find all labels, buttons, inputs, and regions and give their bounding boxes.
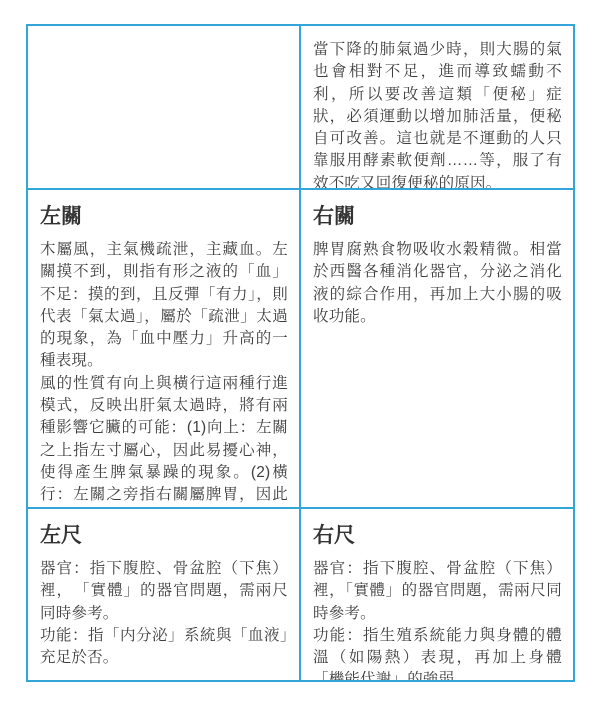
cell-top-right-lung-qi-note: 當下降的肺氣過少時，則大腸的氣也會相對不足，進而導致蠕動不利，所以要改善這類「便…: [299, 26, 573, 188]
cell-left-guan: 左關 木屬風，主氣機疏泄，主藏血。左關摸不到，則指有形之液的「血」不足：摸的到，…: [28, 188, 299, 507]
section-title-left-guan: 左關: [40, 203, 288, 230]
paragraph: 脾胃腐熟食物吸收水穀精微。相當於西醫各種消化器官，分泌之消化液的綜合作用，再加上…: [313, 239, 562, 328]
section-title-right-guan: 右關: [313, 203, 562, 230]
cell-right-chi: 右尺 器官：指下腹腔、骨盆腔（下焦）裡，「實體」的器官問題，需兩尺同時參考。 功…: [299, 507, 573, 680]
paragraph: 功能：指生殖系統能力與身體的體溫（如陽熱）表現，再加上身體「機能代謝」的強弱。: [313, 625, 562, 680]
paragraph: 器官：指下腹腔、骨盆腔（下焦）裡，「實體」的器官問題，需兩尺同時參考。: [313, 558, 562, 625]
paragraph: 風的性質有向上與橫行這兩種行進模式，反映出肝氣太過時，將有兩種影響它臟的可能：(…: [40, 373, 288, 507]
pulse-diagnosis-table: 當下降的肺氣過少時，則大腸的氣也會相對不足，進而導致蠕動不利，所以要改善這類「便…: [26, 24, 575, 682]
paragraph: 功能：指「内分泌」系統與「血液」充足於否。: [40, 625, 288, 670]
paragraph: 木屬風，主氣機疏泄，主藏血。左關摸不到，則指有形之液的「血」不足：摸的到，且反彈…: [40, 239, 288, 373]
cell-left-chi: 左尺 器官：指下腹腔、骨盆腔（下焦）裡， 「實體」的器官問題，需兩尺同時參考。 …: [28, 507, 299, 680]
paragraph: 器官：指下腹腔、骨盆腔（下焦）裡， 「實體」的器官問題，需兩尺同時參考。: [40, 558, 288, 625]
section-title-left-chi: 左尺: [40, 522, 288, 549]
cell-top-left-empty: [28, 26, 299, 188]
section-title-right-chi: 右尺: [313, 522, 562, 549]
paragraph: 當下降的肺氣過少時，則大腸的氣也會相對不足，進而導致蠕動不利，所以要改善這類「便…: [313, 39, 562, 188]
cell-right-guan: 右關 脾胃腐熟食物吸收水穀精微。相當於西醫各種消化器官，分泌之消化液的綜合作用，…: [299, 188, 573, 507]
